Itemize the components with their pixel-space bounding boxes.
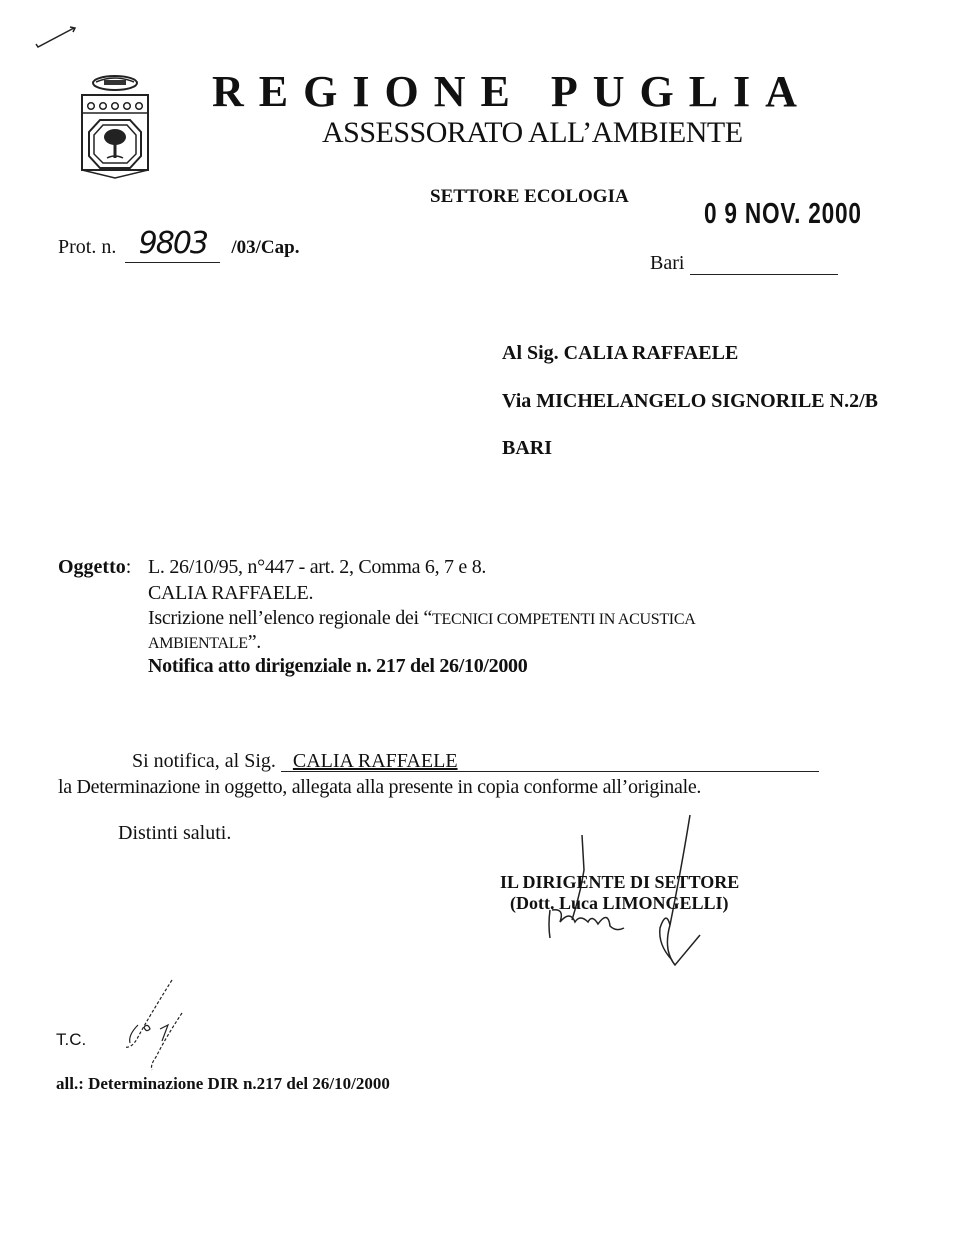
- place-label: Bari: [650, 252, 684, 274]
- subject-registration-cont: AMBIENTALE”.: [148, 631, 261, 654]
- subject-notification: Notifica atto dirigenziale n. 217 del 26…: [148, 655, 527, 678]
- date-blank-line: [690, 254, 838, 275]
- signatory-name: (Dott. Luca LIMONGELLI): [510, 893, 729, 914]
- regione-puglia-coat-of-arms-icon: [78, 70, 152, 185]
- sector-label: SETTORE ECOLOGIA: [430, 186, 629, 208]
- notification-row: Si notifica, al Sig. CALIA RAFFAELE: [132, 750, 819, 773]
- protocol-row: Prot. n. 9803 /03/Cap.: [58, 226, 299, 263]
- recipient-street: Via MICHELANGELO SIGNORILE N.2/B: [502, 390, 878, 413]
- initials-signature-icon: [110, 975, 210, 1075]
- place-date-row: Bari: [650, 252, 838, 275]
- notification-name: CALIA RAFFAELE: [281, 751, 819, 772]
- date-stamp: 0 9 NOV. 2000: [704, 198, 862, 231]
- notification-prefix: Si notifica, al Sig.: [132, 750, 276, 772]
- subject-registration: Iscrizione nell’elenco regionale dei “TE…: [148, 607, 695, 630]
- subject-person: CALIA RAFFAELE.: [148, 582, 313, 605]
- protocol-suffix: /03/Cap.: [231, 237, 299, 258]
- closing-salutation: Distinti saluti.: [118, 822, 231, 845]
- subject-label-sep: :: [126, 556, 132, 578]
- protocol-label: Prot. n.: [58, 236, 116, 259]
- recipient-city: BARI: [502, 437, 552, 460]
- subject-law-reference: L. 26/10/95, n°447 - art. 2, Comma 6, 7 …: [148, 556, 486, 579]
- protocol-number: 9803: [125, 226, 220, 263]
- signatory-role: IL DIRIGENTE DI SETTORE: [500, 872, 739, 893]
- page-title: REGIONE PUGLIA: [212, 66, 912, 117]
- recipient-name: Al Sig. CALIA RAFFAELE: [502, 342, 738, 365]
- department-subtitle: ASSESSORATO ALL’AMBIENTE: [322, 116, 743, 150]
- pen-mark-icon: [30, 20, 80, 50]
- subject-label-text: Oggetto: [58, 556, 126, 578]
- attachment-note: all.: Determinazione DIR n.217 del 26/10…: [56, 1074, 390, 1094]
- subject-label: Oggetto:: [58, 556, 131, 579]
- subject-registration-prefix: Iscrizione nell’elenco regionale dei “: [148, 607, 432, 629]
- subject-registration-caps-2: AMBIENTALE: [148, 635, 248, 652]
- subject-registration-caps: TECNICI COMPETENTI IN ACUSTICA: [432, 611, 695, 628]
- tc-label: T.C.: [56, 1030, 86, 1050]
- subject-registration-suffix: ”.: [248, 631, 261, 653]
- notification-body: la Determinazione in oggetto, allegata a…: [58, 776, 701, 799]
